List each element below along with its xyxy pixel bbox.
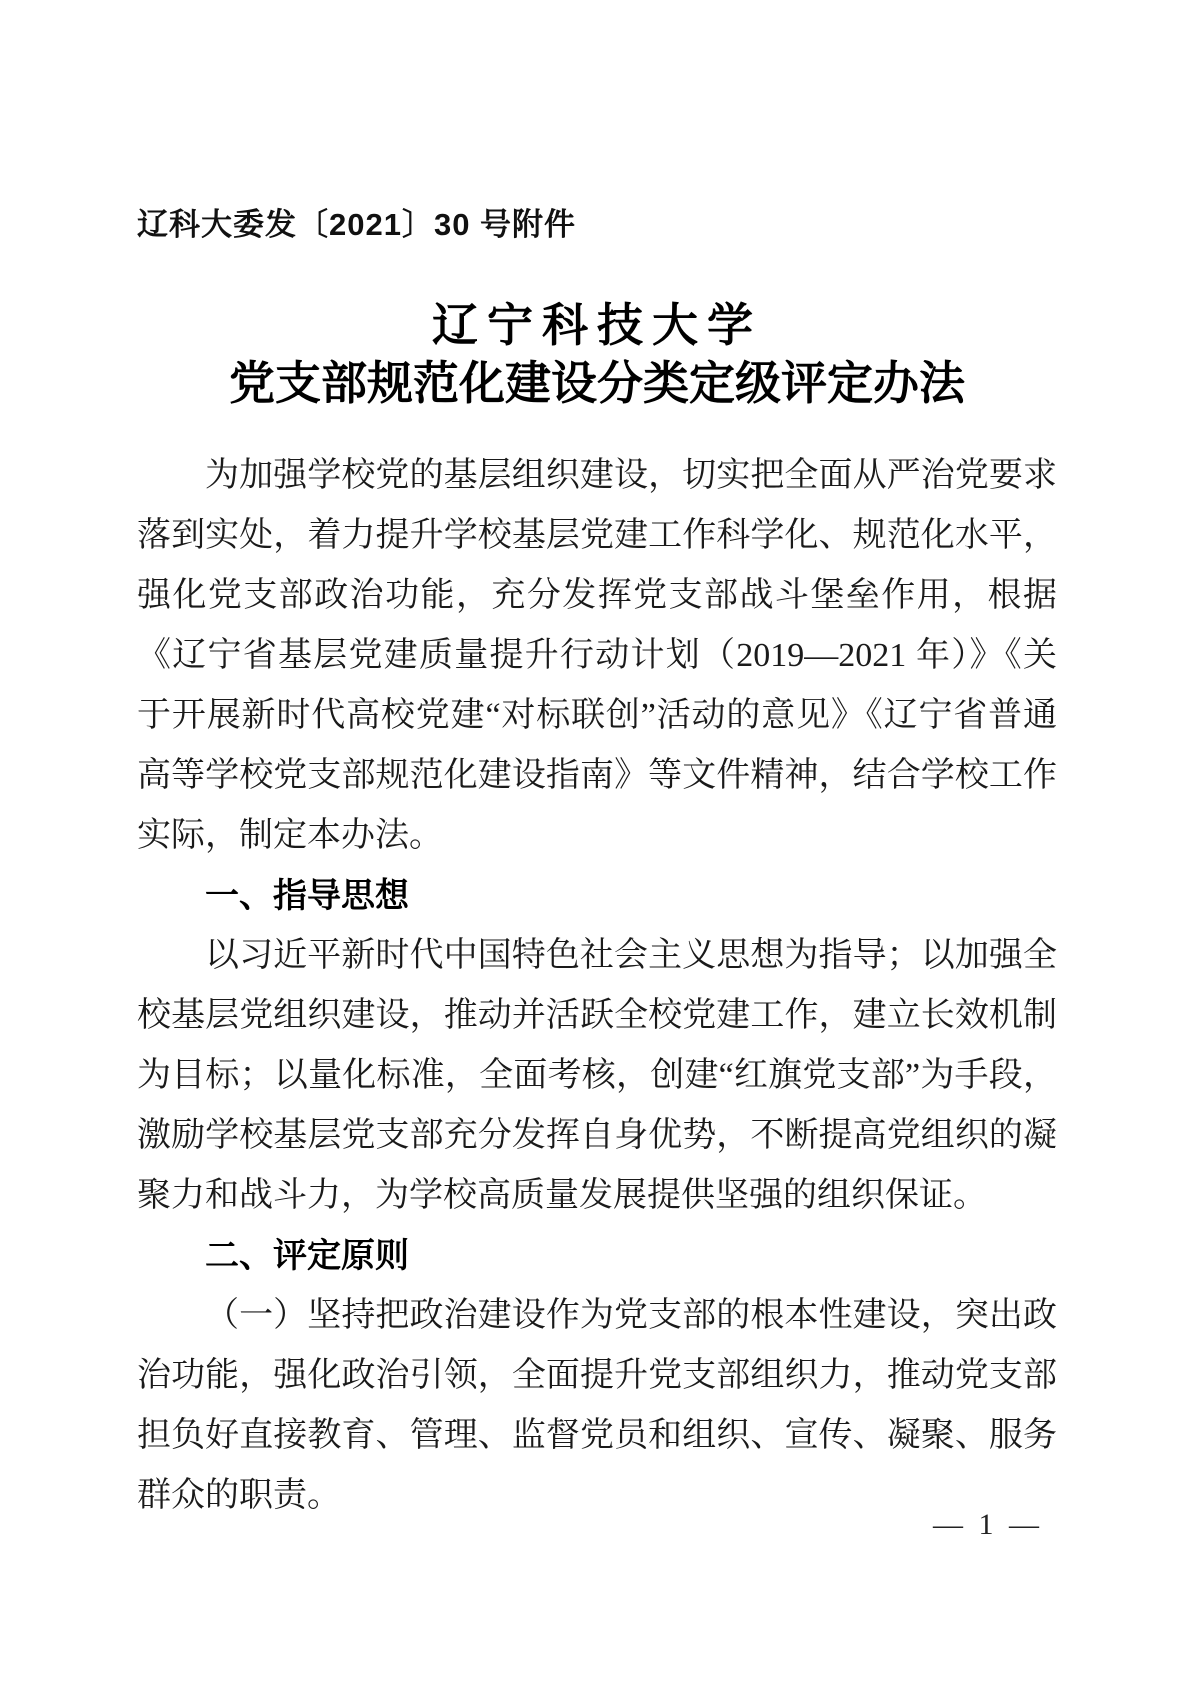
paragraph: （一）坚持把政治建设作为党支部的根本性建设，突出政治功能，强化政治引领，全面提升…	[137, 1286, 1057, 1526]
page-number: — 1 —	[933, 1505, 1043, 1545]
document-page: { "document": { "doc_number": "辽科大委发〔202…	[0, 0, 1191, 1684]
section-heading: 二、评定原则	[137, 1226, 1057, 1286]
document-title: 辽宁科技大学 党支部规范化建设分类定级评定办法	[137, 297, 1057, 413]
title-line-1: 辽宁科技大学	[137, 297, 1057, 355]
page-content: 辽科大委发〔2021〕30 号附件 辽宁科技大学 党支部规范化建设分类定级评定办…	[137, 0, 1057, 1526]
title-line-2: 党支部规范化建设分类定级评定办法	[137, 355, 1057, 413]
document-body: 为加强学校党的基层组织建设，切实把全面从严治党要求落到实处，着力提升学校基层党建…	[137, 446, 1057, 1526]
section-heading: 一、指导思想	[137, 866, 1057, 926]
paragraph: 以习近平新时代中国特色社会主义思想为指导；以加强全校基层党组织建设，推动并活跃全…	[137, 926, 1057, 1226]
doc-number: 辽科大委发〔2021〕30 号附件	[137, 205, 1057, 245]
paragraph: 为加强学校党的基层组织建设，切实把全面从严治党要求落到实处，着力提升学校基层党建…	[137, 446, 1057, 866]
